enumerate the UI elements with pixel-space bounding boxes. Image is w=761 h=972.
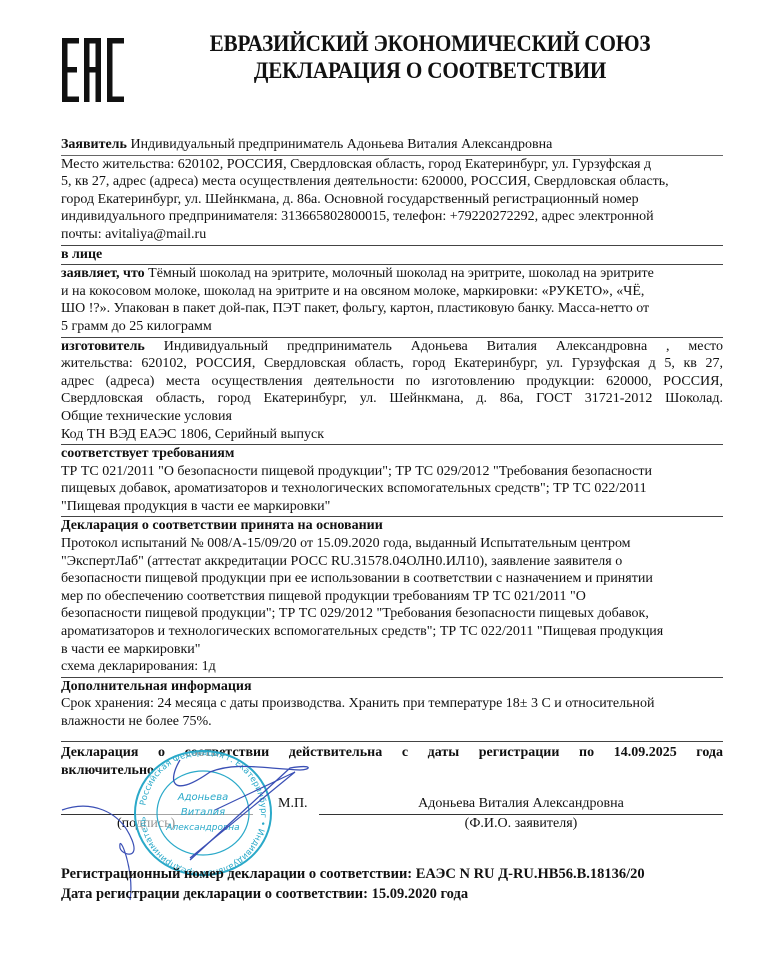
requirements-text: ТР ТС 021/2011 "О безопасности пищевой п… (61, 463, 723, 481)
basis-label: Декларация о соответствии принята на осн… (61, 517, 723, 535)
basis-text: ароматизаторов и технологических вспомог… (61, 623, 723, 641)
declaration-body: Заявитель Индивидуальный предприниматель… (61, 136, 723, 731)
applicant-name: Индивидуальный предприниматель Адоньева … (130, 137, 552, 152)
applicant-label: Заявитель (61, 137, 127, 152)
name-caption: (Ф.И.О. заявителя) (319, 816, 723, 832)
requirements-section: соответствует требованиям ТР ТС 021/2011… (61, 445, 723, 517)
manufacturer-standard: Общие технические условия (61, 408, 723, 426)
title-union: ЕВРАЗИЙСКИЙ ЭКОНОМИЧЕСКИЙ СОЮЗ (182, 30, 679, 57)
validity-line: Декларация о соответствии действительна … (61, 744, 723, 762)
basis-text: "ЭкспертЛаб" (аттестат аккредитации РОСС… (61, 553, 723, 571)
title-declaration: ДЕКЛАРАЦИЯ О СООТВЕТСТВИИ (182, 57, 679, 84)
declares-label: заявляет, что (61, 266, 145, 281)
declaration-scheme: схема декларирования: 1д (61, 658, 723, 676)
in-person-section: в лице (61, 246, 723, 266)
product-text: и на кокосовом молоке, шоколад на эритри… (61, 283, 723, 301)
requirements-label: соответствует требованиям (61, 445, 723, 463)
additional-text: Срок хранения: 24 месяца с даты производ… (61, 695, 723, 713)
applicant-detail-line: 5, кв 27, адрес (адреса) места осуществл… (61, 173, 723, 191)
registration-info: Регистрационный номер декларации о соотв… (61, 864, 645, 904)
validity-statement: Декларация о соответствии действительна … (61, 741, 723, 780)
applicant-email-line: почты: avitaliya@mail.ru (61, 226, 723, 244)
manufacturer-label: изготовитель (61, 339, 145, 354)
basis-text: мер по обеспечению соответствия пищевой … (61, 588, 723, 606)
hs-code-line: Код ТН ВЭД ЕАЭС 1806, Серийный выпуск (61, 426, 723, 444)
product-text: ШО !?». Упакован в пакет дой-пак, ПЭТ па… (61, 300, 723, 318)
basis-text: безопасности пищевой продукции при ее ис… (61, 570, 723, 588)
additional-label: Дополнительная информация (61, 678, 723, 696)
additional-section: Дополнительная информация Срок хранения:… (61, 678, 723, 731)
manufacturer-text: Свердловская область, город Екатеринбург… (61, 390, 723, 408)
basis-section: Декларация о соответствии принята на осн… (61, 517, 723, 677)
manufacturer-text: адрес (адреса) места осуществления деяте… (61, 373, 723, 391)
manufacturer-section: изготовитель Индивидуальный предпринимат… (61, 338, 723, 446)
in-person-label: в лице (61, 247, 102, 262)
applicant-detail-line: город Екатеринбург, ул. Шейнкмана, д. 86… (61, 191, 723, 209)
requirements-text: пищевых добавок, ароматизаторов и технол… (61, 480, 723, 498)
applicant-detail-line: индивидуального предпринимателя: 3136658… (61, 208, 723, 226)
basis-text: Протокол испытаний № 008/А-15/09/20 от 1… (61, 535, 723, 553)
basis-text: безопасности пищевой продукции"; ТР ТС 0… (61, 605, 723, 623)
seal-place-label: М.П. (278, 796, 308, 812)
registration-number: Регистрационный номер декларации о соотв… (61, 864, 645, 884)
requirements-text: "Пищевая продукция в части ее маркировки… (61, 498, 723, 516)
applicant-details: Место жительства: 620102, РОССИЯ, Свердл… (61, 156, 723, 246)
signature-line (61, 814, 253, 815)
registration-date: Дата регистрации декларации о соответств… (61, 884, 645, 904)
product-text: Тёмный шоколад на эритрите, молочный шок… (145, 266, 654, 281)
validity-line-end: включительно (61, 763, 154, 778)
applicant-section: Заявитель Индивидуальный предприниматель… (61, 136, 723, 156)
manufacturer-text: Индивидуальный предприниматель Адоньева … (145, 339, 723, 354)
declares-section: заявляет, что Тёмный шоколад на эритрите… (61, 265, 723, 337)
document-title: ЕВРАЗИЙСКИЙ ЭКОНОМИЧЕСКИЙ СОЮЗ ДЕКЛАРАЦИ… (182, 30, 679, 84)
product-text: 5 грамм до 25 килограмм (61, 318, 723, 336)
signer-name: Адоньева Виталия Александровна (319, 796, 723, 812)
signature-row: М.П. Адоньева Виталия Александровна (под… (61, 795, 723, 835)
manufacturer-text: жительства: 620102, РОССИЯ, Свердловская… (61, 355, 723, 373)
applicant-detail-line: Место жительства: 620102, РОССИЯ, Свердл… (61, 156, 723, 174)
name-line (319, 814, 723, 815)
signature-caption: (подпись) (117, 816, 175, 832)
additional-text: влажности не более 75%. (61, 713, 723, 731)
basis-text: в части ее маркировки" (61, 641, 723, 659)
eac-logo (62, 38, 124, 102)
